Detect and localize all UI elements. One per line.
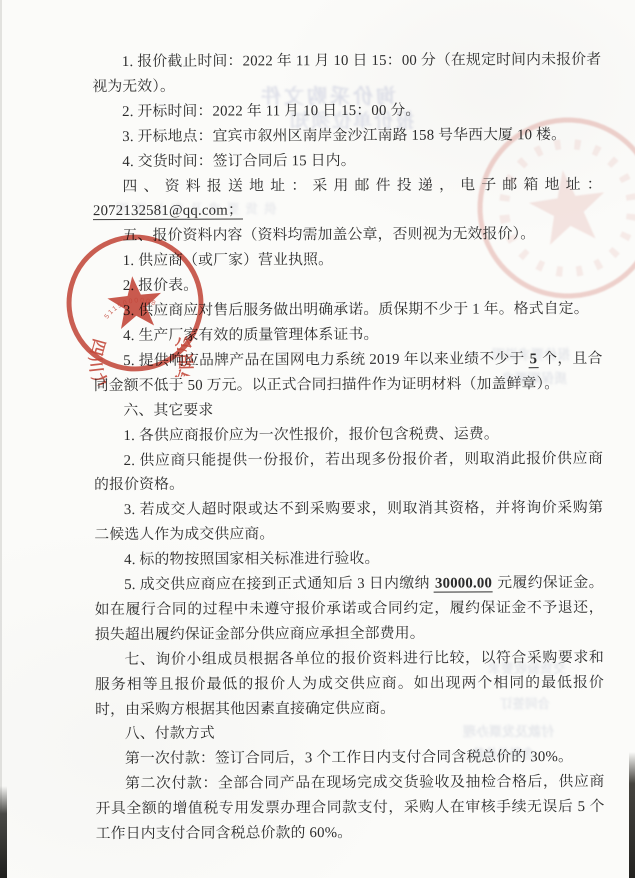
- scanned-document-page: 询价采购文件 报价单位须知 供货要求及有关说明 报价要求说明 质保期要求 交货验…: [0, 0, 635, 878]
- scan-edge-artifact-left: [0, 0, 2, 878]
- para-other-4-text: 4. 标的物按照国家相关标准进行验收。: [124, 551, 379, 568]
- para-evaluation-text: 七、询价小组成员根据各单位的报价资料进行比较，以符合采购要求和服务相等且报价最低…: [95, 650, 604, 718]
- para-other-3-text: 3. 若成交人超时限或达不到采购要求，则取消其资格，并将询价采购第二候选人作为成…: [94, 500, 603, 543]
- para-payment-heading: 八、付款方式: [95, 720, 604, 747]
- para-other-1-text: 1. 各供应商报价应为一次性报价，报价包含税费、运费。: [124, 426, 499, 444]
- para-payment-2-text: 第二次付款：全部合同产品在现场完成交货验收及抽检合格后，供应商开具全额的增值税专…: [96, 774, 605, 842]
- para-other-1: 1. 各供应商报价应为一次性报价，报价包含税费、运费。: [94, 421, 603, 448]
- para-delivery-time-text: 4. 交货时间：签订合同后 15 日内。: [122, 153, 355, 170]
- company-seal-stamp: 四川九河电力股份有限公司 5115000008: [49, 217, 220, 388]
- para-other-5-text: 5. 成交供应商应在接到正式通知后 3 日内缴纳: [124, 576, 434, 593]
- para-submission-address-text: 2072132581@qq.com；: [93, 203, 243, 221]
- para-other-requirements-heading-text: 六、其它要求: [123, 402, 213, 418]
- para-evaluation: 七、询价小组成员根据各单位的报价资料进行比较，以符合采购要求和服务相等且报价最低…: [95, 646, 604, 723]
- para-bid-opening-time: 2. 开标时间：2022 年 11 月 10 日 15：00 分。: [92, 98, 601, 125]
- para-delivery-time: 4. 交货时间：签订合同后 15 日内。: [93, 148, 602, 175]
- para-other-2-text: 2. 供应商只能提供一份报价，若出现多份报价者，则取消此报价供应商的报价资格。: [94, 450, 603, 493]
- para-other-5-text: 30000.00: [434, 575, 493, 592]
- para-other-2: 2. 供应商只能提供一份报价，若出现多份报价者，则取消此报价供应商的报价资格。: [94, 446, 603, 498]
- para-payment-1-text: 第一次付款：签订合同后，3 个工作日内支付合同含税总价的 30%。: [125, 749, 573, 767]
- para-submission-address: 四、资料报送地址：采用邮件投递，电子邮箱地址：2072132581@qq.com…: [93, 172, 602, 224]
- para-payment-1: 第一次付款：签订合同后，3 个工作日内支付合同含税总价的 30%。: [95, 745, 604, 772]
- para-other-4: 4. 标的物按照国家相关标准进行验收。: [94, 546, 603, 573]
- para-material-5-text: 5: [529, 351, 539, 368]
- para-other-5: 5. 成交供应商应在接到正式通知后 3 日内缴纳 30000.00 元履约保证金…: [95, 571, 604, 648]
- para-payment-2: 第二次付款：全部合同产品在现场完成交货验收及抽检合格后，供应商开具全额的增值税专…: [95, 770, 604, 847]
- para-quote-deadline: 1. 报价截止时间：2022 年 11 月 10 日 15：00 分（在规定时间…: [92, 48, 601, 100]
- scan-edge-artifact-bottom-right: [629, 752, 635, 878]
- scan-edge-artifact-bottom-left: [0, 786, 7, 878]
- para-submission-address-text: 四、资料报送地址：采用邮件投递，电子邮箱地址：: [122, 176, 601, 194]
- para-other-3: 3. 若成交人超时限或达不到采购要求，则取消其资格，并将询价采购第二候选人作为成…: [94, 496, 603, 548]
- para-bid-opening-place-text: 3. 开标地点：宜宾市叙州区南岸金沙江南路 158 号华西大厦 10 楼。: [122, 127, 566, 145]
- document-body: 1. 报价截止时间：2022 年 11 月 10 日 15：00 分（在规定时间…: [92, 48, 604, 847]
- para-other-requirements-heading: 六、其它要求: [94, 397, 603, 424]
- para-payment-heading-text: 八、付款方式: [125, 726, 215, 742]
- para-bid-opening-place: 3. 开标地点：宜宾市叙州区南岸金沙江南路 158 号华西大厦 10 楼。: [93, 123, 602, 150]
- para-quote-deadline-text: 1. 报价截止时间：2022 年 11 月 10 日 15：00 分（在规定时间…: [92, 52, 601, 95]
- para-bid-opening-time-text: 2. 开标时间：2022 年 11 月 10 日 15：00 分。: [122, 102, 420, 119]
